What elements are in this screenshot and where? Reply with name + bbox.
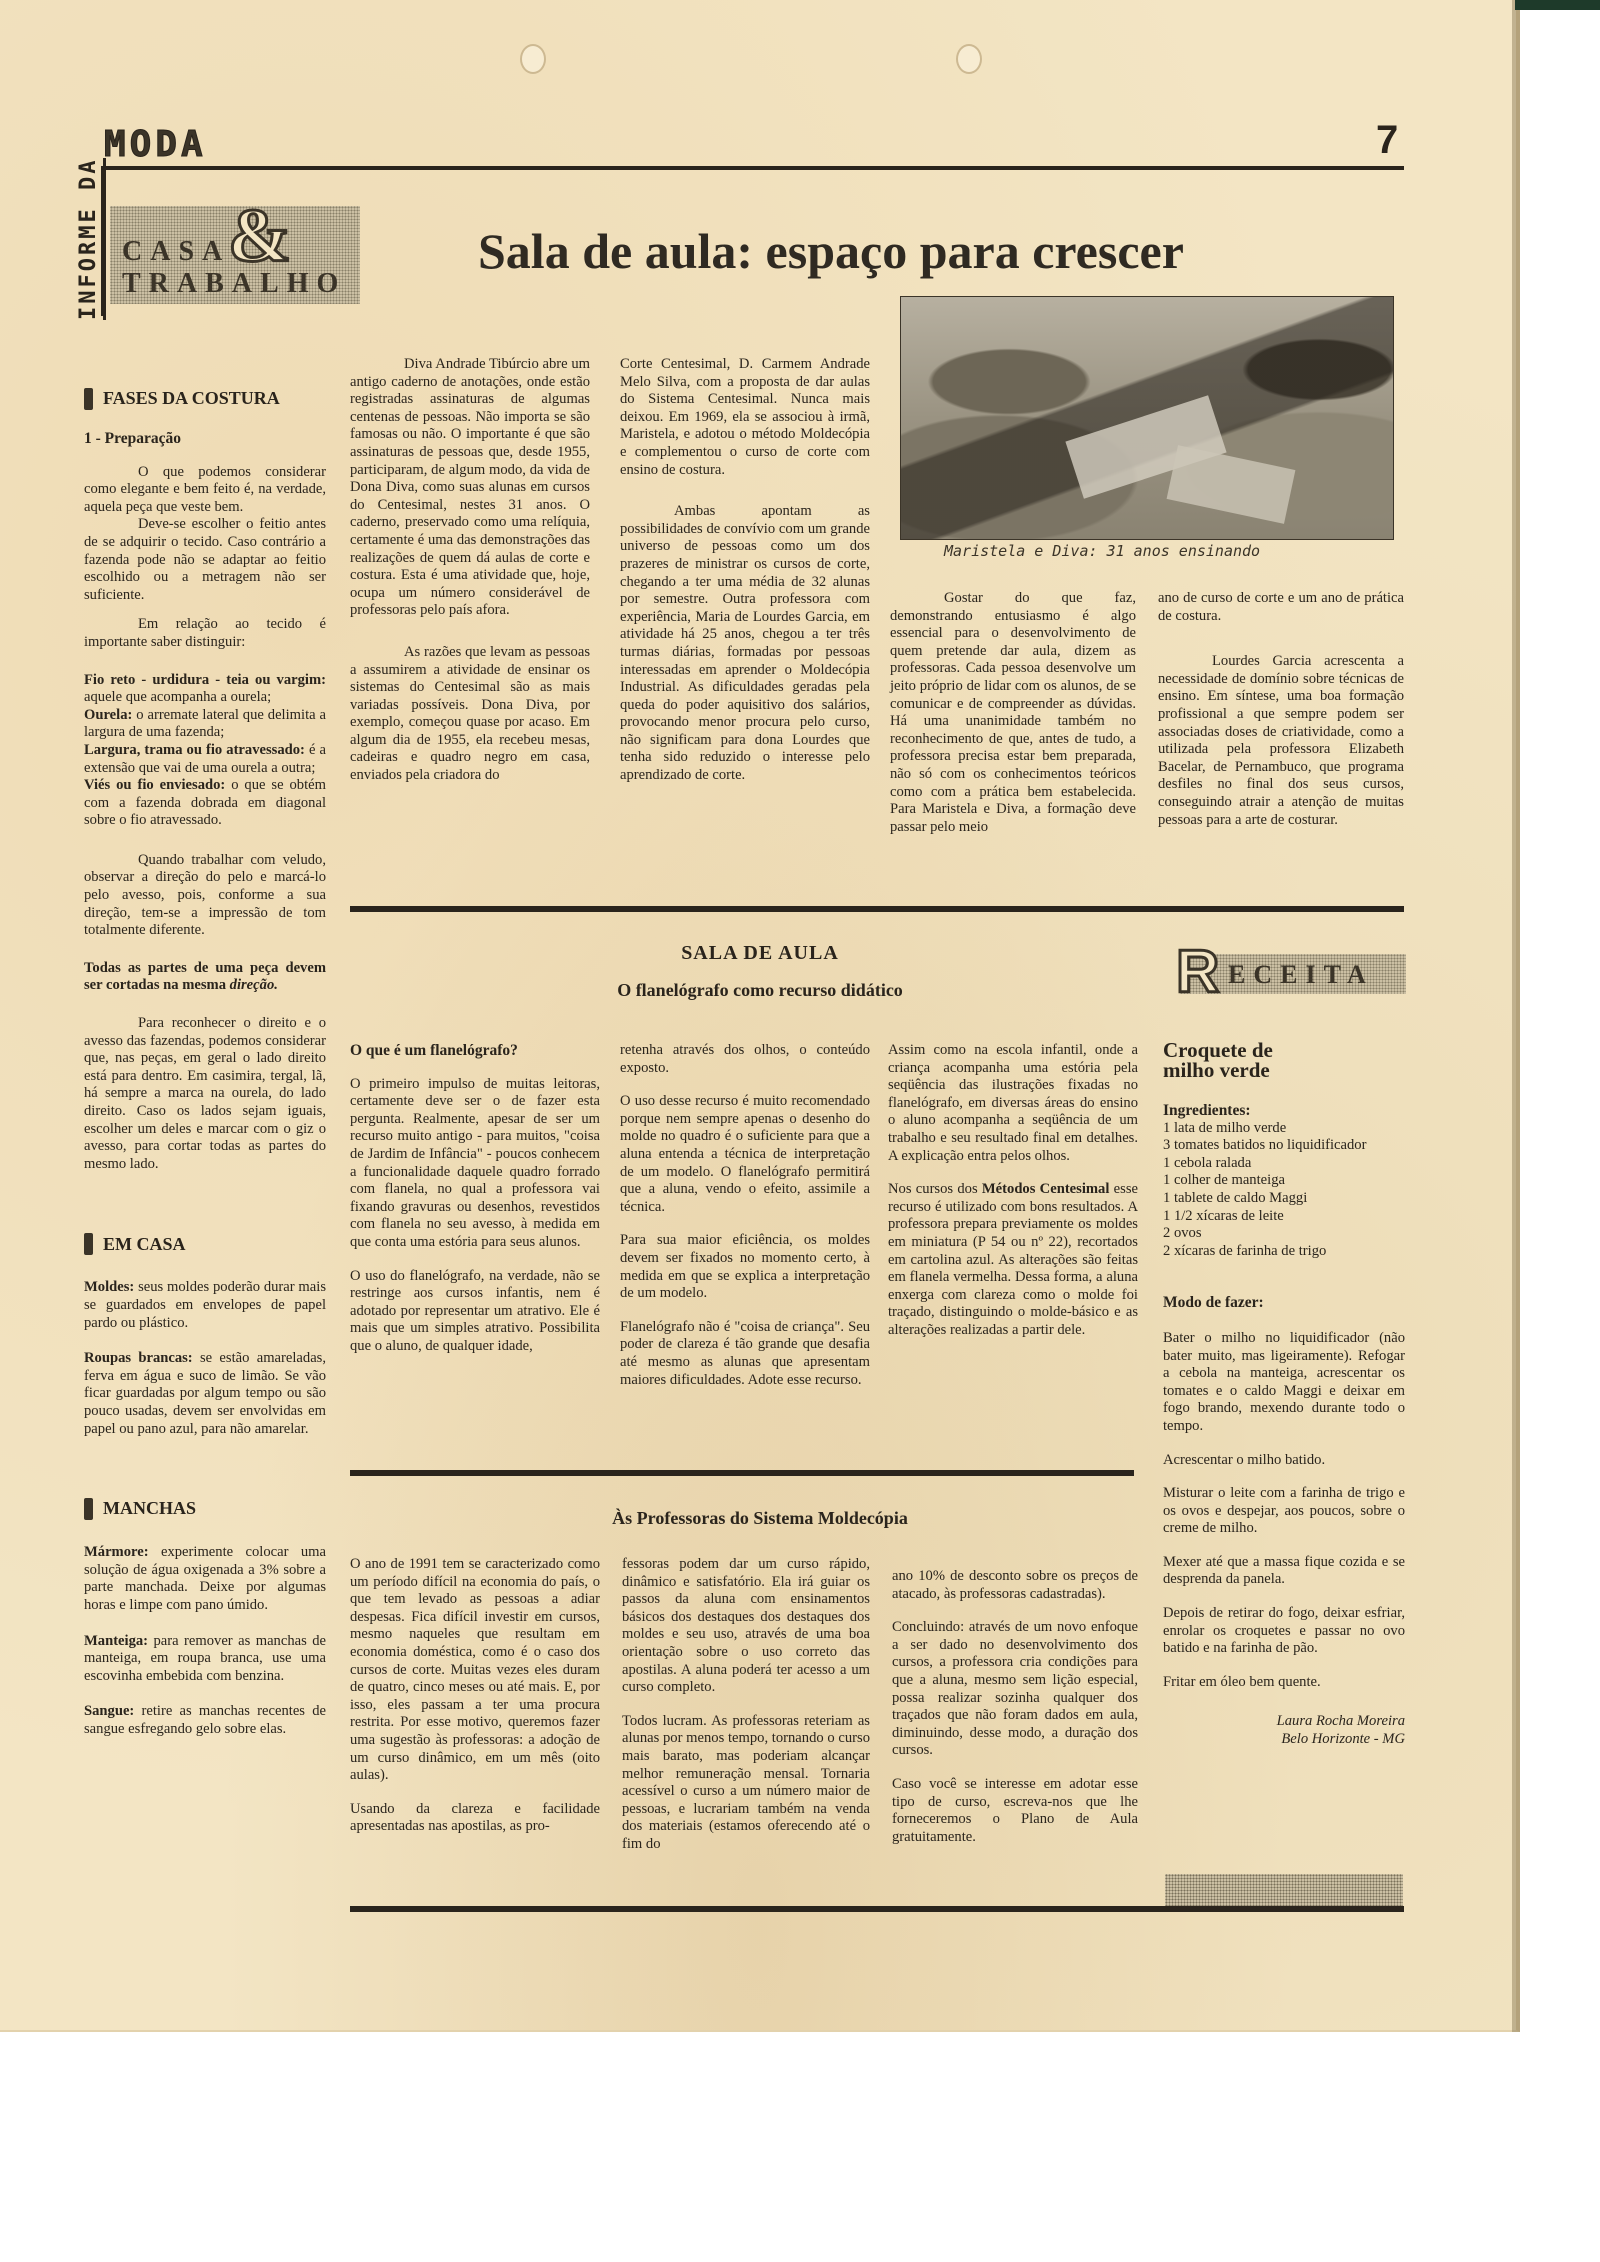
receita-initial: R bbox=[1176, 942, 1219, 1002]
recipe-column: Croquete de milho verde Ingredientes: 1 … bbox=[1163, 1040, 1405, 1749]
section-title: MODA bbox=[104, 124, 207, 165]
paragraph: Corte Centesimal, D. Carmem Andrade Melo… bbox=[620, 356, 870, 479]
tip-item: Manteiga: para remover as manchas de man… bbox=[84, 1633, 326, 1686]
paragraph: Assim como na escola infantil, onde a cr… bbox=[888, 1042, 1138, 1165]
heading-bar-icon bbox=[84, 1233, 93, 1255]
subheading-preparacao: 1 - Preparação bbox=[84, 430, 326, 448]
paragraph: Diva Andrade Tibúrcio abre um antigo cad… bbox=[350, 356, 590, 620]
recipe-author: Laura Rocha Moreira Belo Horizonte - MG bbox=[1163, 1713, 1405, 1748]
section-divider bbox=[350, 1470, 1134, 1476]
professoras-title: Às Professoras do Sistema Moldecópia bbox=[460, 1508, 1060, 1529]
article-column-3: Gostar do que faz, demonstrando entusias… bbox=[890, 590, 1136, 848]
heading-bar-icon bbox=[84, 1498, 93, 1520]
paragraph: O primeiro impulso de muitas leitoras, c… bbox=[350, 1076, 600, 1252]
paragraph: Concluindo: através de um novo enfoque a… bbox=[892, 1619, 1138, 1760]
professoras-column-3: ano 10% de desconto sobre os preços de a… bbox=[892, 1568, 1138, 1858]
article-column-1: Diva Andrade Tibúrcio abre um antigo cad… bbox=[350, 356, 590, 797]
term-item: Largura, trama ou fio atravessado: é a e… bbox=[84, 742, 326, 777]
paragraph: Usando da clareza e facilidade apresenta… bbox=[350, 1801, 600, 1836]
main-headline: Sala de aula: espaço para crescer bbox=[478, 222, 1184, 280]
paragraph: Todos lucram. As professoras reteriam as… bbox=[622, 1713, 870, 1854]
paragraph: Flanelógrafo não é "coisa de criança". S… bbox=[620, 1319, 870, 1389]
ingredient-item: 2 ovos bbox=[1163, 1225, 1405, 1243]
paragraph: O uso desse recurso é muito recomendado … bbox=[620, 1093, 870, 1216]
paragraph: As razões que levam as pessoas a assumir… bbox=[350, 644, 590, 785]
paragraph: Em relação ao tecido é importante saber … bbox=[84, 616, 326, 651]
paragraph: Lourdes Garcia acrescenta a necessidade … bbox=[1158, 653, 1404, 829]
sidebar-column: FASES DA COSTURA 1 - Preparação O que po… bbox=[84, 388, 326, 1750]
paragraph: fessoras podem dar um curso rápido, dinâ… bbox=[622, 1556, 870, 1697]
sala-column-2: retenha através dos olhos, o conteúdo ex… bbox=[620, 1042, 870, 1401]
ingredient-item: 1 cebola ralada bbox=[1163, 1155, 1405, 1173]
photo-detail bbox=[1167, 445, 1296, 524]
recipe-step: Depois de retirar do fogo, deixar esfria… bbox=[1163, 1605, 1405, 1658]
sala-column-1: O que é um flanelógrafo? O primeiro impu… bbox=[350, 1042, 600, 1368]
bold-note: Todas as partes de uma peça devem ser co… bbox=[84, 960, 326, 995]
professoras-column-1: O ano de 1991 tem se caracterizado como … bbox=[350, 1556, 600, 1848]
paragraph: Ambas apontam as possibilidades de conví… bbox=[620, 503, 870, 785]
sala-de-aula-title: SALA DE AULA bbox=[560, 942, 960, 965]
paragraph: Gostar do que faz, demonstrando entusias… bbox=[890, 590, 1136, 836]
ingredient-item: 2 xícaras de farinha de trigo bbox=[1163, 1243, 1405, 1261]
paragraph: Para reconhecer o direito e o avesso das… bbox=[84, 1015, 326, 1173]
sala-column-3: Assim como na escola infantil, onde a cr… bbox=[888, 1042, 1138, 1352]
article-column-2: Corte Centesimal, D. Carmem Andrade Melo… bbox=[620, 356, 870, 797]
professoras-column-2: fessoras podem dar um curso rápido, dinâ… bbox=[622, 1556, 870, 1866]
paragraph: O ano de 1991 tem se caracterizado como … bbox=[350, 1556, 600, 1785]
receita-label: ECEITA bbox=[1228, 960, 1374, 990]
page-number: 7 bbox=[1376, 118, 1398, 163]
ingredient-item: 3 tomates batidos no liquidificador bbox=[1163, 1137, 1405, 1155]
vertical-label: INFORME DA bbox=[76, 158, 106, 320]
paragraph: O que podemos considerar como elegante e… bbox=[84, 464, 326, 517]
newspaper-page: MODA 7 INFORME DA CASA & TRABALHO Sala d… bbox=[0, 0, 1520, 2032]
terms-list: Fio reto - urdidura - teia ou vargim: aq… bbox=[84, 672, 326, 830]
section-heading-manchas: MANCHAS bbox=[84, 1498, 326, 1520]
paragraph: retenha através dos olhos, o conteúdo ex… bbox=[620, 1042, 870, 1077]
term-item: Fio reto - urdidura - teia ou vargim: aq… bbox=[84, 672, 326, 707]
decorative-halftone-box bbox=[1165, 1874, 1403, 1908]
logo-trabalho: TRABALHO bbox=[122, 268, 346, 300]
question-heading: O que é um flanelógrafo? bbox=[350, 1042, 600, 1060]
header-rule bbox=[104, 166, 1404, 170]
paragraph: Caso você se interesse em adotar esse ti… bbox=[892, 1776, 1138, 1846]
recipe-step: Bater o milho no liquidificador (não bat… bbox=[1163, 1330, 1405, 1436]
term-item: Ourela: o arremate lateral que delimita … bbox=[84, 707, 326, 742]
recipe-step: Acrescentar o milho batido. bbox=[1163, 1452, 1405, 1470]
sala-de-aula-subtitle: O flanelógrafo como recurso didático bbox=[460, 980, 1060, 1001]
punch-hole-right bbox=[956, 44, 982, 74]
paragraph: Nos cursos dos Métodos Centesimal esse r… bbox=[888, 1181, 1138, 1339]
recipe-step: Misturar o leite com a farinha de trigo … bbox=[1163, 1485, 1405, 1538]
bottom-rule bbox=[350, 1906, 1404, 1912]
recipe-title: Croquete de milho verde bbox=[1163, 1040, 1405, 1080]
tip-item: Moldes: seus moldes poderão durar mais s… bbox=[84, 1279, 326, 1332]
recipe-step: Fritar em óleo bem quente. bbox=[1163, 1674, 1405, 1692]
tip-item: Sangue: retire as manchas recentes de sa… bbox=[84, 1703, 326, 1738]
ingredient-item: 1 1/2 xícaras de leite bbox=[1163, 1208, 1405, 1226]
logo-casa: CASA bbox=[122, 236, 230, 268]
method-label: Modo de fazer: bbox=[1163, 1294, 1405, 1312]
page-edge bbox=[1512, 0, 1520, 2032]
tip-item: Roupas brancas: se estão amareladas, fer… bbox=[84, 1350, 326, 1438]
punch-hole-left bbox=[520, 44, 546, 74]
section-heading-em-casa: EM CASA bbox=[84, 1233, 326, 1255]
article-photo bbox=[900, 296, 1394, 540]
paragraph: Quando trabalhar com veludo, observar a … bbox=[84, 852, 326, 940]
section-divider bbox=[350, 906, 1404, 912]
recipe-step: Mexer até que a massa fique cozida e se … bbox=[1163, 1554, 1405, 1589]
logo-ampersand: & bbox=[228, 198, 291, 274]
paragraph: ano de curso de corte e um ano de prátic… bbox=[1158, 590, 1404, 625]
receita-badge: R ECEITA bbox=[1180, 954, 1406, 994]
term-item: Viés ou fio enviesado: o que se obtém co… bbox=[84, 777, 326, 830]
scan-corner bbox=[1515, 0, 1600, 10]
section-heading-fases: FASES DA COSTURA bbox=[84, 388, 326, 410]
tip-item: Mármore: experimente colocar uma solução… bbox=[84, 1544, 326, 1614]
photo-caption: Maristela e Diva: 31 anos ensinando bbox=[944, 542, 1260, 560]
ingredient-item: 1 lata de milho verde bbox=[1163, 1120, 1405, 1138]
ingredients-list: 1 lata de milho verde 3 tomates batidos … bbox=[1163, 1120, 1405, 1261]
casa-trabalho-logo: CASA & TRABALHO bbox=[110, 206, 360, 304]
heading-bar-icon bbox=[84, 388, 93, 410]
paragraph: Deve-se escolher o feitio antes de se ad… bbox=[84, 516, 326, 604]
ingredient-item: 1 tablete de caldo Maggi bbox=[1163, 1190, 1405, 1208]
article-column-4: ano de curso de corte e um ano de prátic… bbox=[1158, 590, 1404, 841]
ingredient-item: 1 colher de manteiga bbox=[1163, 1172, 1405, 1190]
ingredients-label: Ingredientes: bbox=[1163, 1102, 1405, 1120]
paragraph: O uso do flanelógrafo, na verdade, não s… bbox=[350, 1268, 600, 1356]
paragraph: Para sua maior eficiência, os moldes dev… bbox=[620, 1232, 870, 1302]
paragraph: ano 10% de desconto sobre os preços de a… bbox=[892, 1568, 1138, 1603]
